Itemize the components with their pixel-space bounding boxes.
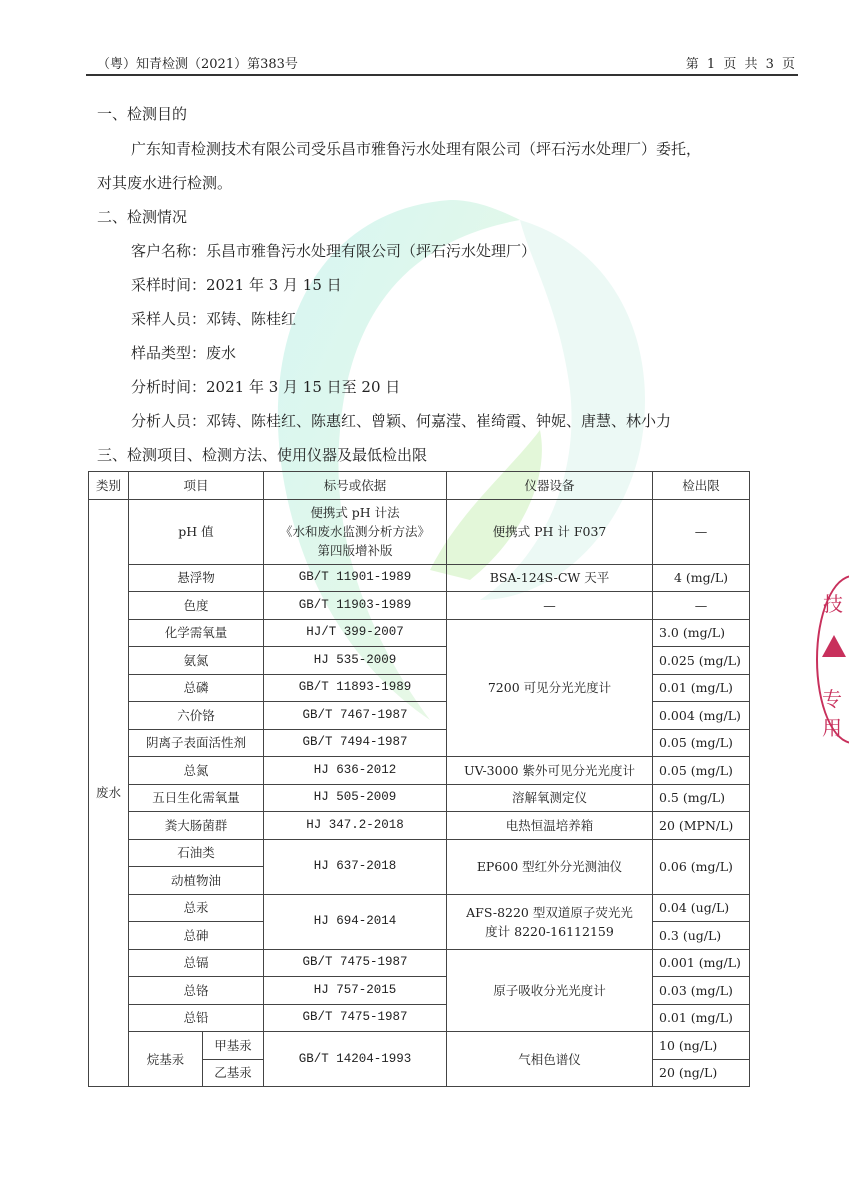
field-value: 2021 年 3 月 15 日至 20 日 — [206, 378, 400, 396]
table-row: 废水 pH 值 便携式 pH 计法 《水和废水监测分析方法》 第四版增补版 便携… — [89, 499, 750, 564]
method-cell: HJ 636-2012 — [264, 757, 447, 785]
table-row: 五日生化需氧量 HJ 505-2009 溶解氧测定仪 0.5 (mg/L) — [89, 784, 750, 812]
table-row: 总镉 GB/T 7475-1987 原子吸收分光光度计 0.001 (mg/L) — [89, 949, 750, 977]
seal-text-top: 技 — [823, 588, 843, 617]
method-cell: GB/T 11893-1989 — [264, 674, 447, 702]
limit-cell: 0.04 (ug/L) — [653, 894, 750, 922]
purpose-line2: 对其废水进行检测。 — [97, 172, 232, 193]
limit-cell: 10 (ng/L) — [653, 1032, 750, 1060]
limit-cell: 0.06 (mg/L) — [653, 839, 750, 894]
method-cell: HJ 694-2014 — [264, 894, 447, 949]
item-cell: 石油类 — [129, 839, 264, 867]
instrument-cell: 便携式 PH 计 F037 — [447, 499, 653, 564]
limit-cell: 0.001 (mg/L) — [653, 949, 750, 977]
instrument-cell: — — [447, 592, 653, 620]
table-row: 总氮 HJ 636-2012 UV-3000 紫外可见分光光度计 0.05 (m… — [89, 757, 750, 785]
instrument-cell: 原子吸收分光光度计 — [447, 949, 653, 1032]
item-cell: 色度 — [129, 592, 264, 620]
method-line: 便携式 pH 计法 — [267, 503, 443, 522]
method-cell: GB/T 7467-1987 — [264, 702, 447, 730]
instrument-line: AFS-8220 型双道原子荧光光 — [450, 903, 649, 922]
header-instrument: 仪器设备 — [447, 472, 653, 500]
seal-text-bottom: 专用 — [822, 683, 849, 741]
instrument-cell: 溶解氧测定仪 — [447, 784, 653, 812]
limit-cell: 0.5 (mg/L) — [653, 784, 750, 812]
method-cell: GB/T 11903-1989 — [264, 592, 447, 620]
item-cell: 甲基汞 — [203, 1032, 264, 1060]
item-cell: 五日生化需氧量 — [129, 784, 264, 812]
report-number: （粤）知青检测（2021）第383号 — [97, 53, 298, 72]
instrument-cell: 气相色谱仪 — [447, 1032, 653, 1087]
item-group-cell: 烷基汞 — [129, 1032, 203, 1087]
item-cell: 悬浮物 — [129, 564, 264, 592]
item-cell: 总氮 — [129, 757, 264, 785]
field-value: 邓铸、陈桂红 — [206, 310, 296, 328]
method-cell: GB/T 11901-1989 — [264, 564, 447, 592]
limit-cell: 20 (ng/L) — [653, 1059, 750, 1087]
item-cell: 总铅 — [129, 1004, 264, 1032]
table-header-row: 类别 项目 标号或依据 仪器设备 检出限 — [89, 472, 750, 500]
field-value: 废水 — [206, 344, 236, 362]
item-cell: 总镉 — [129, 949, 264, 977]
field-analysts: 分析人员：邓铸、陈桂红、陈惠红、曾颖、何嘉滢、崔绮霞、钟妮、唐慧、林小力 — [131, 410, 671, 431]
item-cell: pH 值 — [129, 499, 264, 564]
item-cell: 动植物油 — [129, 867, 264, 895]
item-cell: 总砷 — [129, 922, 264, 950]
method-cell: GB/T 7494-1987 — [264, 729, 447, 757]
method-cell: HJ 637-2018 — [264, 839, 447, 894]
field-label: 采样人员： — [131, 310, 206, 328]
item-cell: 化学需氧量 — [129, 619, 264, 647]
header-item: 项目 — [129, 472, 264, 500]
method-cell: GB/T 7475-1987 — [264, 1004, 447, 1032]
item-cell: 六价铬 — [129, 702, 264, 730]
method-cell: 便携式 pH 计法 《水和废水监测分析方法》 第四版增补版 — [264, 499, 447, 564]
instrument-cell: 电热恒温培养箱 — [447, 812, 653, 840]
table-row: 悬浮物 GB/T 11901-1989 BSA-124S-CW 天平 4 (mg… — [89, 564, 750, 592]
section2-title: 二、检测情况 — [97, 206, 187, 227]
limit-cell: 4 (mg/L) — [653, 564, 750, 592]
method-line: 《水和废水监测分析方法》 — [267, 522, 443, 541]
field-label: 样品类型： — [131, 344, 206, 362]
field-analysis-time: 分析时间：2021 年 3 月 15 日至 20 日 — [131, 376, 400, 397]
instrument-line: 度计 8220-16112159 — [450, 922, 649, 941]
seal-star-icon — [822, 635, 846, 657]
limit-cell: 0.004 (mg/L) — [653, 702, 750, 730]
field-sample-type: 样品类型：废水 — [131, 342, 236, 363]
item-cell: 氨氮 — [129, 647, 264, 675]
purpose-line1: 广东知青检测技术有限公司受乐昌市雅鲁污水处理有限公司（坪石污水处理厂）委托， — [131, 138, 701, 159]
method-cell: HJ 347.2-2018 — [264, 812, 447, 840]
instrument-cell: AFS-8220 型双道原子荧光光 度计 8220-16112159 — [447, 894, 653, 949]
limit-cell: 0.03 (mg/L) — [653, 977, 750, 1005]
table-row: 石油类 HJ 637-2018 EP600 型红外分光测油仪 0.06 (mg/… — [89, 839, 750, 867]
limit-cell: 0.025 (mg/L) — [653, 647, 750, 675]
field-client-name: 客户名称：乐昌市雅鲁污水处理有限公司（坪石污水处理厂） — [131, 240, 536, 261]
item-cell: 阴离子表面活性剂 — [129, 729, 264, 757]
item-cell: 总磷 — [129, 674, 264, 702]
field-value: 邓铸、陈桂红、陈惠红、曾颖、何嘉滢、崔绮霞、钟妮、唐慧、林小力 — [206, 412, 671, 430]
method-cell: HJ 535-2009 — [264, 647, 447, 675]
table-row: 总汞 HJ 694-2014 AFS-8220 型双道原子荧光光 度计 8220… — [89, 894, 750, 922]
instrument-cell: EP600 型红外分光测油仪 — [447, 839, 653, 894]
item-cell: 总汞 — [129, 894, 264, 922]
test-methods-table: 类别 项目 标号或依据 仪器设备 检出限 废水 pH 值 便携式 pH 计法 《… — [88, 471, 750, 1087]
method-cell: HJ 505-2009 — [264, 784, 447, 812]
limit-cell: 0.01 (mg/L) — [653, 1004, 750, 1032]
table-row: 化学需氧量 HJ/T 399-2007 7200 可见分光光度计 3.0 (mg… — [89, 619, 750, 647]
item-cell: 粪大肠菌群 — [129, 812, 264, 840]
limit-cell: 0.05 (mg/L) — [653, 729, 750, 757]
section1-title: 一、检测目的 — [97, 103, 187, 124]
method-cell: HJ 757-2015 — [264, 977, 447, 1005]
instrument-cell: 7200 可见分光光度计 — [447, 619, 653, 757]
page-info: 第 1 页 共 3 页 — [686, 53, 797, 72]
method-cell: GB/T 14204-1993 — [264, 1032, 447, 1087]
header-category: 类别 — [89, 472, 129, 500]
item-cell: 乙基汞 — [203, 1059, 264, 1087]
header-method: 标号或依据 — [264, 472, 447, 500]
header-divider — [86, 74, 798, 76]
field-label: 客户名称： — [131, 242, 206, 260]
item-cell: 总铬 — [129, 977, 264, 1005]
limit-cell: 0.01 (mg/L) — [653, 674, 750, 702]
section3-title: 三、检测项目、检测方法、使用仪器及最低检出限 — [97, 444, 427, 465]
field-label: 分析时间： — [131, 378, 206, 396]
table-row: 色度 GB/T 11903-1989 — — — [89, 592, 750, 620]
limit-cell: — — [653, 499, 750, 564]
limit-cell: 0.3 (ug/L) — [653, 922, 750, 950]
limit-cell: 20 (MPN/L) — [653, 812, 750, 840]
table-row: 粪大肠菌群 HJ 347.2-2018 电热恒温培养箱 20 (MPN/L) — [89, 812, 750, 840]
field-label: 分析人员： — [131, 412, 206, 430]
method-line: 第四版增补版 — [267, 541, 443, 560]
field-sampling-time: 采样时间：2021 年 3 月 15 日 — [131, 274, 342, 295]
limit-cell: 3.0 (mg/L) — [653, 619, 750, 647]
method-cell: HJ/T 399-2007 — [264, 619, 447, 647]
category-cell: 废水 — [89, 499, 129, 1087]
method-cell: GB/T 7475-1987 — [264, 949, 447, 977]
limit-cell: — — [653, 592, 750, 620]
field-samplers: 采样人员：邓铸、陈桂红 — [131, 308, 296, 329]
limit-cell: 0.05 (mg/L) — [653, 757, 750, 785]
table-row: 烷基汞 甲基汞 GB/T 14204-1993 气相色谱仪 10 (ng/L) — [89, 1032, 750, 1060]
field-label: 采样时间： — [131, 276, 206, 294]
field-value: 乐昌市雅鲁污水处理有限公司（坪石污水处理厂） — [206, 242, 536, 260]
instrument-cell: UV-3000 紫外可见分光光度计 — [447, 757, 653, 785]
field-value: 2021 年 3 月 15 日 — [206, 276, 342, 294]
instrument-cell: BSA-124S-CW 天平 — [447, 564, 653, 592]
header-limit: 检出限 — [653, 472, 750, 500]
